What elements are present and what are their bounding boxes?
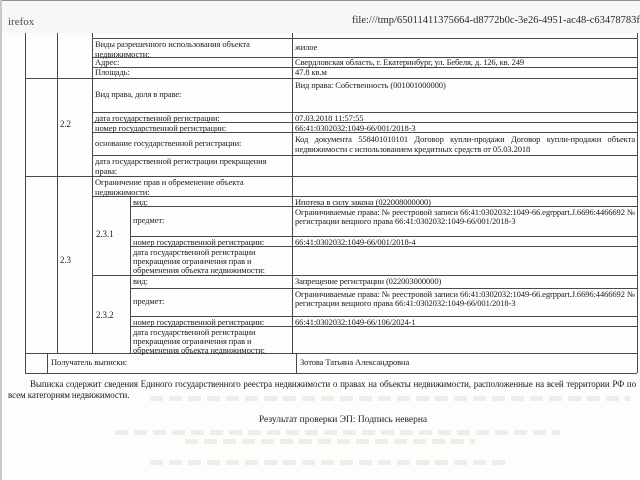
section-number: 2.3 [60,256,71,266]
recipient-value: Зотова Татьяна Александровна [300,353,630,373]
row-label: номер государственной регистрации: [133,237,289,247]
table-border [57,33,58,353]
bleed-through-text [150,396,630,401]
row-label: вид: [133,275,289,288]
file-url[interactable]: file:///tmp/65011411375664-d8772b0c-3e26… [352,15,640,26]
table-border [25,33,26,373]
table-border [296,353,297,373]
table-border [292,33,293,353]
section-number: 2.3.2 [96,311,114,321]
browser-window: irefox file:///tmp/65011411375664-d8772b… [0,0,640,480]
bleed-through-text [115,430,560,435]
row-label: дата государственной регистрации прекращ… [133,248,289,276]
row-label: дата государственной регистрации: [95,113,287,123]
window-left-edge [0,0,2,480]
recipient-label: Получатель выписки: [51,353,291,373]
table-border [637,33,638,373]
row-label: номер государственной регистрации: [133,317,289,327]
row-value: Ограничиваемые права: № реестровой запис… [295,208,635,226]
row-value: 66:41:0302032:1049-66/001/2018-3 [295,123,635,133]
section-number: 2.2 [60,120,71,130]
row-value: Запрещение регистрации (022003000000) [295,275,635,288]
row-value: Свердловская область, г. Екатеринбург, у… [295,57,635,67]
row-label: дата государственной регистрации прекращ… [95,157,287,176]
row-label: основание государственной регистрации: [95,132,287,155]
row-label: предмет: [133,288,289,316]
row-label: предмет: [133,206,289,236]
signature-verification-result: Результат проверки ЭП: Подпись неверна [48,415,638,425]
row-value: Код документа 558401010101 Договор купли… [295,134,635,154]
row-value: Ограничиваемые права: № реестровой запис… [295,290,635,308]
table-border [25,373,637,374]
row-label: Площадь: [95,67,287,78]
row-value: 66:41:0302032:1049-66/001/2018-4 [295,237,635,247]
window-title: irefox [8,16,34,28]
row-label: Вид права, доля в праве: [95,78,287,112]
bleed-through-text [185,439,475,444]
table-border [92,33,93,353]
row-value: Вид права: Собственность (001001000000) [295,80,635,90]
table-border [47,353,48,373]
row-value: 47.8 кв.м [295,67,635,78]
row-value: 66:41:0302032:1049-66/106/2024-1 [295,317,635,327]
bleed-through-text [150,460,505,465]
section-header: Ограничение прав и обременение объекта н… [95,178,287,197]
row-value: 07.03.2018 11:57:55 [295,113,635,123]
row-label: Адрес: [95,57,287,67]
row-value: жилое [295,38,635,57]
section-number: 2.3.1 [96,230,114,240]
title-bar: irefox file:///tmp/65011411375664-d8772b… [0,0,640,33]
row-label: дата государственной регистрации прекращ… [133,328,289,356]
row-value: Ипотека в силу закона (022008000000) [295,197,635,207]
